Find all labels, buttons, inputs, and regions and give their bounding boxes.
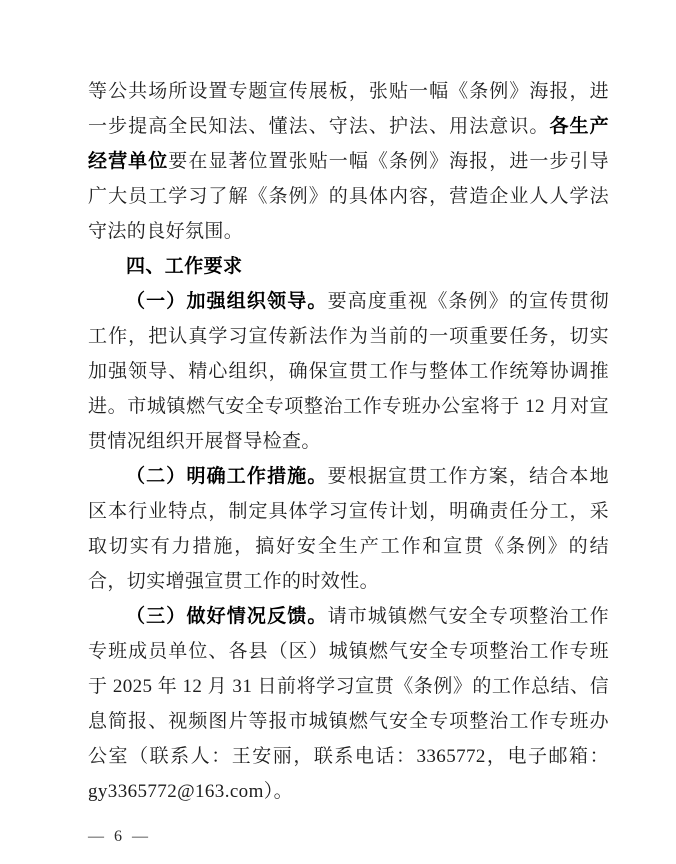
item-lead: （一）加强组织领导。	[126, 291, 328, 312]
paragraph-text: 要高度重视《条例》的宣传贯彻工作，把认真学习宣传新法作为当前的一项重要任务，切实…	[88, 291, 609, 452]
section-heading: 四、工作要求	[88, 249, 609, 284]
item-lead: （二）明确工作措施。	[126, 466, 328, 487]
paragraph-item-1: （一）加强组织领导。要高度重视《条例》的宣传贯彻工作，把认真学习宣传新法作为当前…	[88, 284, 609, 459]
document-body: 等公共场所设置专题宣传展板，张贴一幅《条例》海报，进一步提高全民知法、懂法、守法…	[88, 74, 609, 809]
document-page: 等公共场所设置专题宣传展板，张贴一幅《条例》海报，进一步提高全民知法、懂法、守法…	[0, 0, 676, 864]
paragraph-item-3: （三）做好情况反馈。请市城镇燃气安全专项整治工作专班成员单位、各县（区）城镇燃气…	[88, 599, 609, 809]
paragraph-continuation: 等公共场所设置专题宣传展板，张贴一幅《条例》海报，进一步提高全民知法、懂法、守法…	[88, 74, 609, 249]
paragraph-text: 请市城镇燃气安全专项整治工作专班成员单位、各县（区）城镇燃气安全专项整治工作专班…	[88, 606, 609, 802]
page-number: — 6 —	[88, 828, 151, 846]
paragraph-text: 等公共场所设置专题宣传展板，张贴一幅《条例》海报，进一步提高全民知法、懂法、守法…	[88, 81, 609, 137]
item-lead: （三）做好情况反馈。	[126, 606, 328, 627]
paragraph-item-2: （二）明确工作措施。要根据宣贯工作方案，结合本地区本行业特点，制定具体学习宣传计…	[88, 459, 609, 599]
